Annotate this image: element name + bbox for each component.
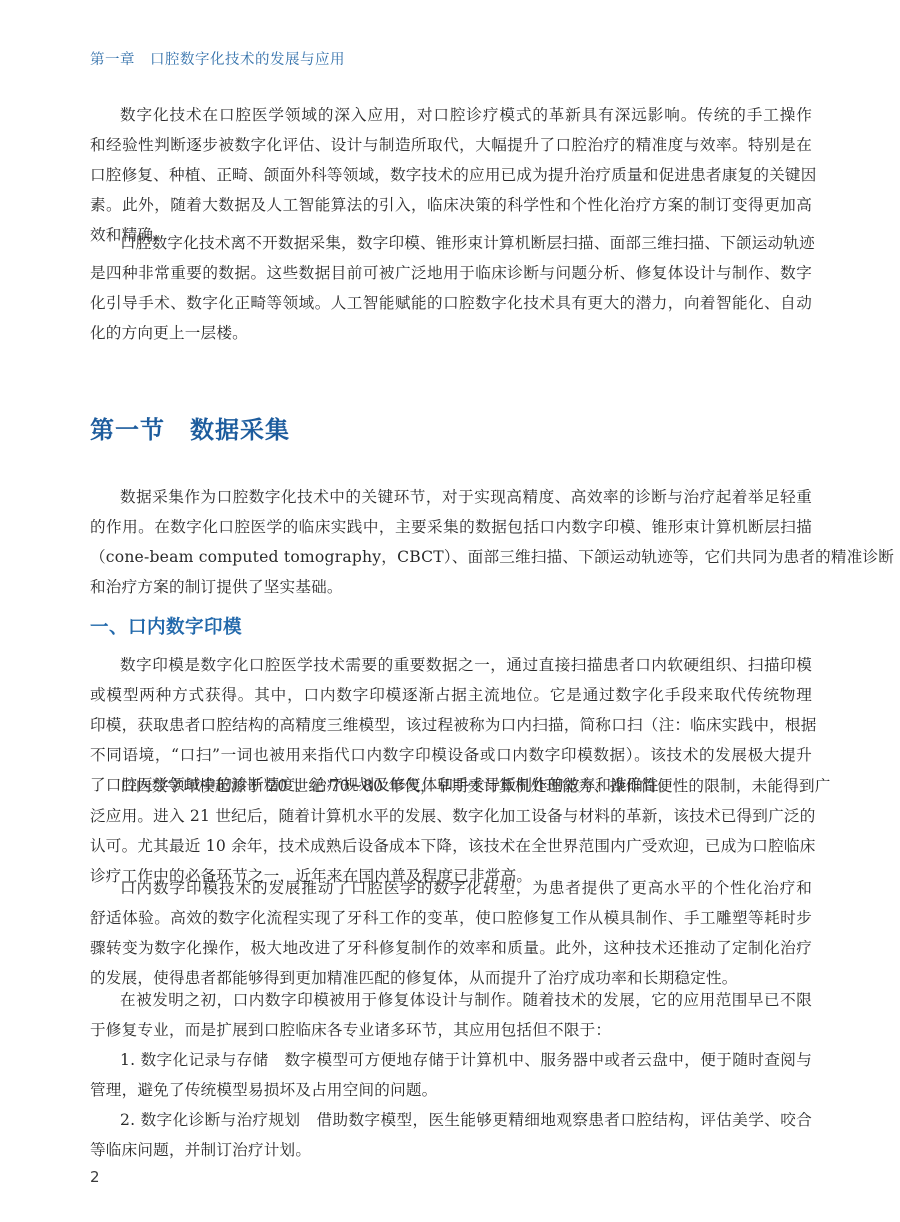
text-line: 不同语境，“口扫”一词也被用来指代口内数字印模设备或口内数字印模数据）。该技术的… [90,745,812,767]
text-line: 化引导手术、数字化正畸等领域。人工智能赋能的口腔数字化技术具有更大的潜力，向着智… [90,293,812,315]
text-line: 素。此外，随着大数据及人工智能算法的引入，临床决策的科学性和个性化治疗方案的制订… [90,195,812,217]
text-line: 印模，获取患者口腔结构的高精度三维模型，该过程被称为口内扫描，简称口扫（注：临床… [90,715,812,737]
text-line: 骤转变为数字化操作，极大地改进了牙科修复制作的效率和质量。此外，这种技术还推动了… [90,938,812,960]
text-line: 是四种非常重要的数据。这些数据目前可被广泛地用于临床诊断与问题分析、修复体设计与… [90,263,812,285]
text-line: 口腔数字化技术离不开数据采集，数字印模、锥形束计算机断层扫描、面部三维扫描、下颌… [120,233,812,255]
text-line: 或模型两种方式获得。其中，口内数字印模逐渐占据主流地位。它是通过数字化手段来取代… [90,685,812,707]
running-header: 第一章 口腔数字化技术的发展与应用 [90,48,345,69]
text-line: 管理，避免了传统模型易损坏及占用空间的问题。 [90,1080,812,1102]
text-line: 数字印模是数字化口腔医学技术需要的重要数据之一，通过直接扫描患者口内软硬组织、扫… [120,655,812,677]
text-line: 在被发明之初，口内数字印模被用于修复体设计与制作。随着技术的发展，它的应用范围早… [120,990,812,1012]
text-line: 2. 数字化诊断与治疗规划 借助数字模型，医生能够更精细地观察患者口腔结构，评估… [120,1110,812,1132]
text-line: 和经验性判断逐步被数字化评估、设计与制造所取代，大幅提升了口腔治疗的精准度与效率… [90,135,812,157]
section-title: 第一节 数据采集 [90,410,290,445]
text-line: 数字化技术在口腔医学领域的深入应用，对口腔诊疗模式的革新具有深远影响。传统的手工… [120,105,812,127]
text-line: 认可。尤其最近 10 余年，技术成熟后设备成本下降，该技术在全世界范围内广受欢迎… [90,836,812,858]
text-line: （cone-beam computed tomography，CBCT）、面部三… [90,547,812,569]
text-line: 口内数字印模技术的发展推动了口腔医学的数字化转型，为患者提供了更高水平的个性化治… [120,878,812,900]
text-line: 等临床问题，并制订治疗计划。 [90,1140,812,1162]
page-number: 2 [90,1168,100,1186]
text-line: 口腔修复、种植、正畸、颌面外科等领域，数字技术的应用已成为提升治疗质量和促进患者… [90,165,812,187]
text-line: 泛应用。进入 21 世纪后，随着计算机水平的发展、数字化加工设备与材料的革新，该… [90,806,812,828]
text-line: 和治疗方案的制订提供了坚实基础。 [90,577,812,599]
text-line: 的发展，使得患者都能够得到更加精准匹配的修复体，从而提升了治疗成功率和长期稳定性… [90,968,812,990]
text-line: 数据采集作为口腔数字化技术中的关键环节，对于实现高精度、高效率的诊断与治疗起着举… [120,487,812,509]
text-line: 的作用。在数字化口腔医学的临床实践中，主要采集的数据包括口内数字印模、锥形束计算… [90,517,812,539]
subsection-title: 一、口内数字印模 [90,613,242,639]
text-line: 舒适体验。高效的数字化流程实现了牙科工作的变革，使口腔修复工作从模具制作、手工雕… [90,908,812,930]
text-line: 于修复专业，而是扩展到口腔临床各专业诸多环节，其应用包括但不限于： [90,1020,812,1042]
text-line: 1. 数字化记录与存储 数字模型可方便地存储于计算机中、服务器中或者云盘中，便于… [120,1050,812,1072]
text-line: 口内数字印模起源于 20 世纪 70~80 年代，早期受计算机处理能力、操作简便… [120,776,812,798]
text-line: 化的方向更上一层楼。 [90,323,812,345]
